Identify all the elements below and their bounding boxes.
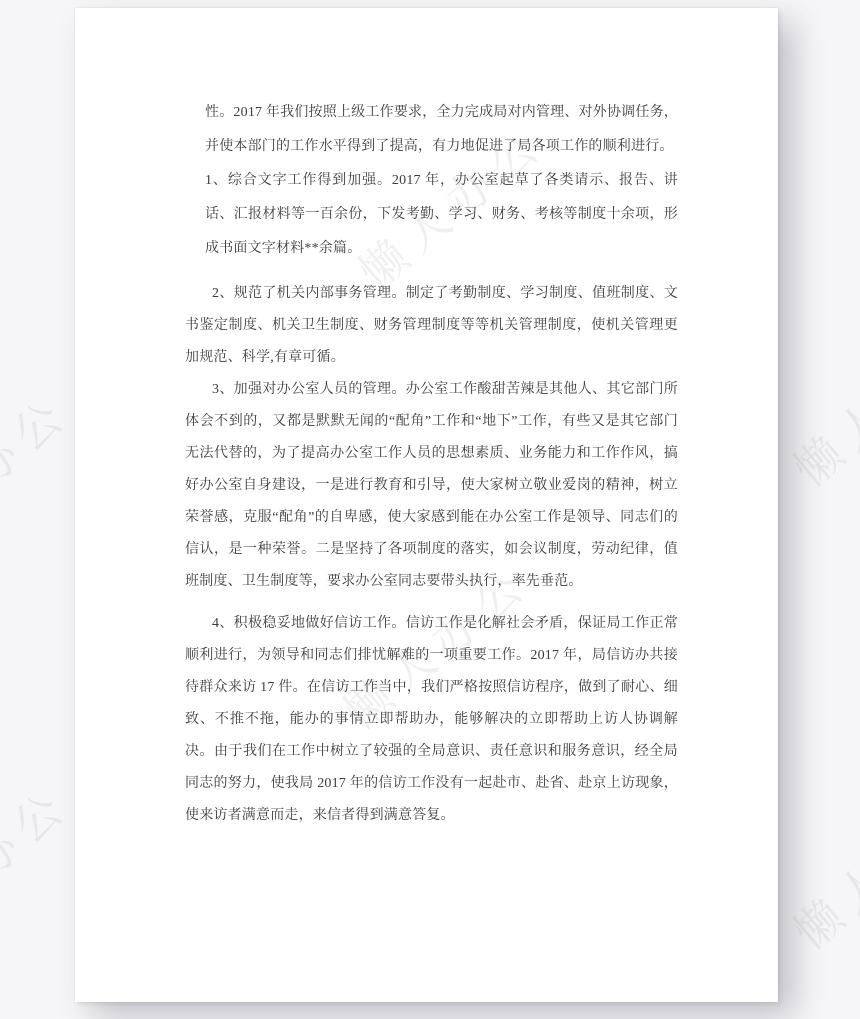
paragraph-item-4: 4、积极稳妥地做好信访工作。信访工作是化解社会矛盾，保证局工作正常顺利进行，为领… <box>185 608 678 832</box>
paragraph-item-3: 3、加强对办公室人员的管理。办公室工作酸甜苦辣是其他人、其它部门所体会不到的，又… <box>185 374 678 598</box>
paragraph-item-1: 1、综合文字工作得到加强。2017 年，办公室起草了各类请示、报告、讲话、汇报材… <box>205 164 678 266</box>
document-viewer: 性。2017 年我们按照上级工作要求，全力完成局对内管理、对外协调任务，并使本部… <box>0 0 860 1019</box>
watermark-right-mid: 懒人办公 <box>778 305 860 500</box>
watermark-left-mid: 懒人办公 <box>0 378 82 573</box>
paragraph-item-2: 2、规范了机关内部事务管理。制定了考勤制度、学习制度、值班制度、文书鉴定制度、机… <box>185 278 678 374</box>
document-page: 性。2017 年我们按照上级工作要求，全力完成局对内管理、对外协调任务，并使本部… <box>75 8 778 1002</box>
watermark-left-bottom: 懒人办公 <box>0 770 82 965</box>
watermark-right-bottom: 懒人办公 <box>778 768 860 963</box>
document-content: 性。2017 年我们按照上级工作要求，全力完成局对内管理、对外协调任务，并使本部… <box>75 96 778 832</box>
paragraph-continuation: 性。2017 年我们按照上级工作要求，全力完成局对内管理、对外协调任务，并使本部… <box>205 96 678 164</box>
